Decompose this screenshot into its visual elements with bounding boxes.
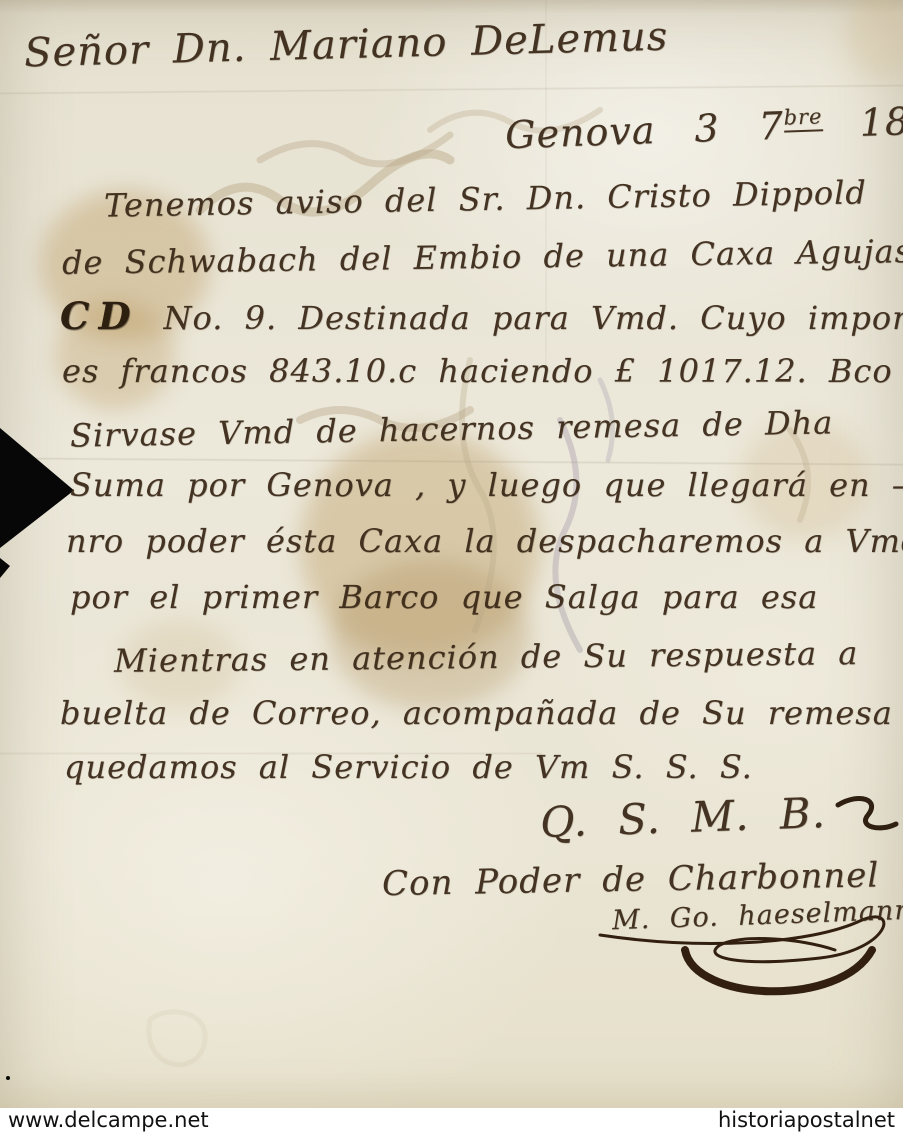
dateline-year: 1818: [859, 97, 903, 144]
letter-body-line: CDNo. 9. Destinada para Vmd. Cuyo import…: [60, 294, 903, 338]
watermark-bar: www.delcampe.net historiapostalnet: [0, 1108, 903, 1132]
dateline: Genova 3 7bre 1818 —: [504, 95, 903, 158]
letter-body-line: buelta de Correo, acompañada de Su remes…: [60, 694, 893, 732]
scan-artifact-dot: [6, 1076, 10, 1080]
letter-body-line: nro poder ésta Caxa la despacharemos a V…: [66, 522, 903, 560]
letter-body-line: es francos 843.10.c haciendo £ 1017.12. …: [62, 352, 893, 390]
dateline-place: Genova: [504, 108, 656, 157]
signature: M. Go. haeselmann: [612, 895, 903, 936]
cd-postal-mark: CD: [60, 294, 140, 338]
letter-body-line: de Schwabach del Embio de una Caxa Aguja…: [62, 232, 903, 282]
letter-body-line: por el primer Barco que Salga para esa: [70, 578, 818, 616]
letter-body-line: quedamos al Servicio de Vm S. S. S.: [64, 748, 753, 786]
watermark-delcampe: www.delcampe.net: [8, 1108, 209, 1132]
dateline-month: 7bre: [758, 102, 823, 148]
paper-stain: [845, 0, 903, 80]
scanned-letter-page: Señor Dn. Mariano DeLemus Genova 3 7bre …: [0, 0, 903, 1132]
addressee-line: Señor Dn. Mariano DeLemus: [24, 14, 669, 77]
letter-body-line-text: No. 9. Destinada para Vmd. Cuyo importe: [164, 299, 903, 337]
scan-artifact-wedge: [0, 428, 74, 548]
bleedthrough-and-flourishes: [0, 0, 903, 1132]
fold-crease: [0, 84, 903, 95]
watermark-historiapostal: historiapostalnet: [718, 1108, 895, 1132]
fold-crease: [0, 457, 903, 466]
scan-artifact-sliver: [0, 558, 10, 578]
letter-body-line: Sirvase Vmd de hacernos remesa de Dha: [70, 403, 834, 454]
letter-body-line: Tenemos aviso del Sr. Dn. Cristo Dippold: [104, 173, 867, 224]
closing-formula: Q. S. M. B.: [539, 788, 826, 847]
dateline-day: 3: [694, 106, 721, 151]
letter-body-line: Mientras en atención de Su respuesta a: [114, 634, 859, 680]
power-of-attorney-line: Con Poder de Charbonnel hermanos: [382, 852, 903, 904]
dateline-month-suffix: bre: [783, 105, 823, 133]
letter-body-line: Suma por Genova , y luego que llegará en…: [70, 466, 903, 504]
